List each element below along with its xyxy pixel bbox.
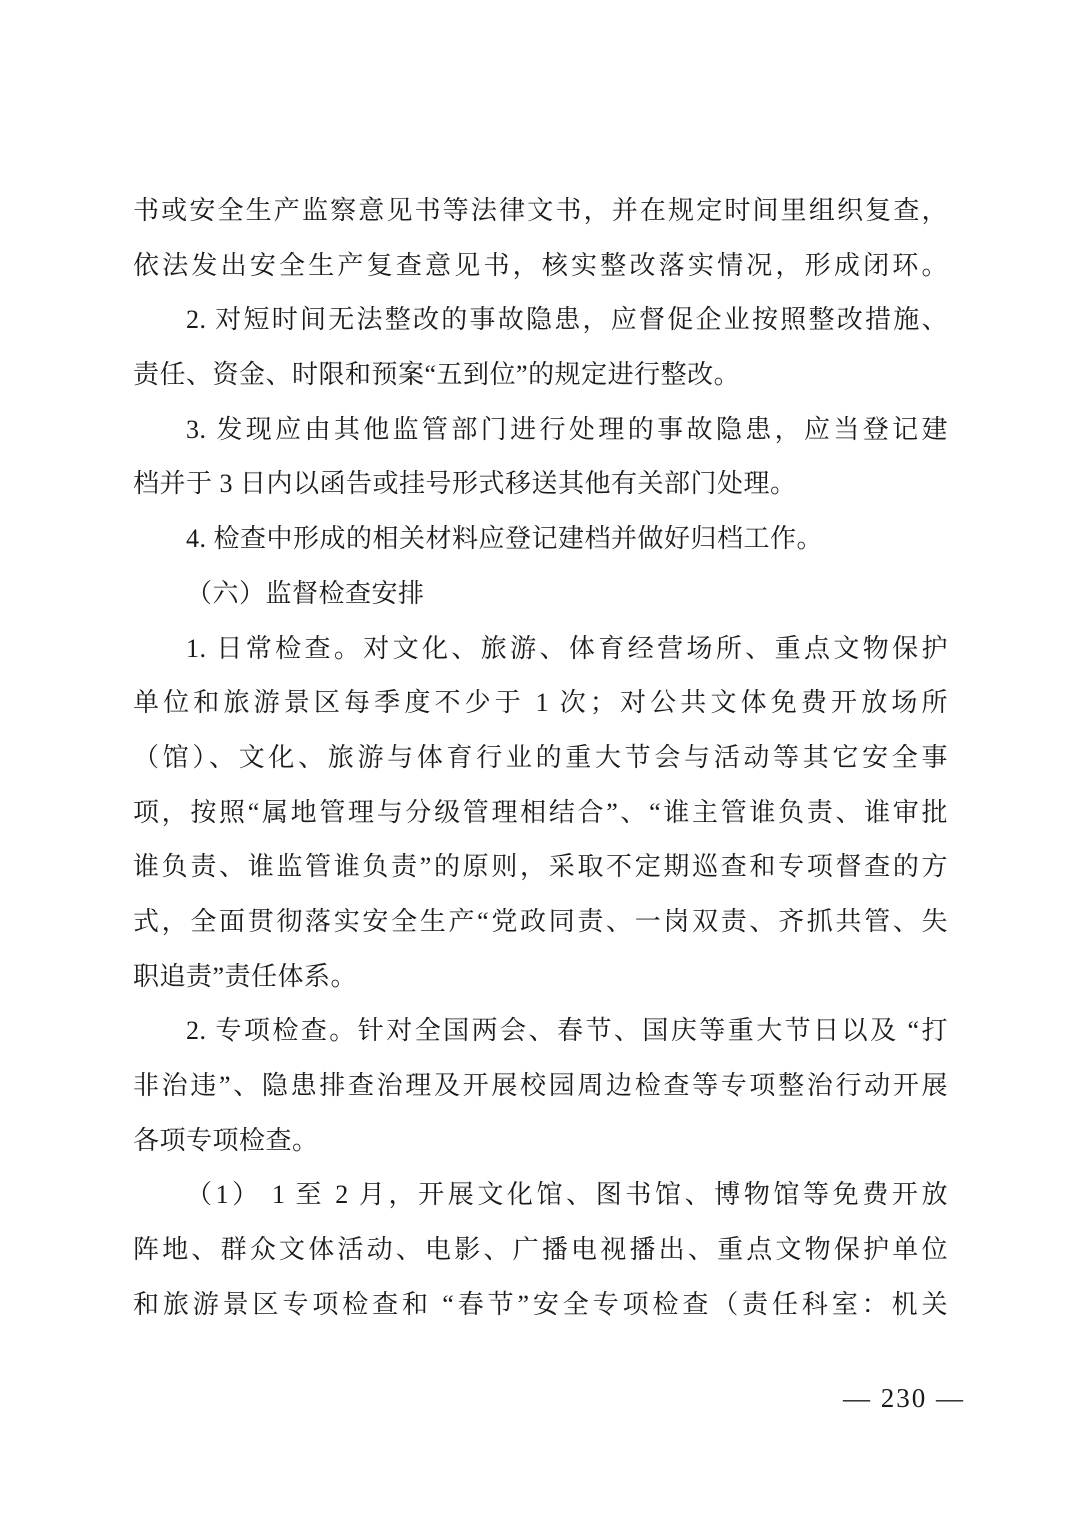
body-line: 阵地、群众文体活动、电影、广播电视播出、重点文物保护单位 <box>133 1223 948 1278</box>
body-line: 责任、资金、时限和预案“五到位”的规定进行整改。 <box>133 348 948 403</box>
body-line: 3. 发现应由其他监管部门进行处理的事故隐患，应当登记建 <box>133 403 948 458</box>
body-line: 1. 日常检查。对文化、旅游、体育经营场所、重点文物保护 <box>133 622 948 677</box>
body-line: 谁负责、谁监管谁负责”的原则，采取不定期巡查和专项督查的方 <box>133 840 948 895</box>
section-heading-line: （六）监督检查安排 <box>133 567 948 622</box>
body-line: 各项专项检查。 <box>133 1114 948 1169</box>
body-line: 项，按照“属地管理与分级管理相结合”、“谁主管谁负责、谁审批 <box>133 786 948 841</box>
body-line: 非治违”、隐患排查治理及开展校园周边检查等专项整治行动开展 <box>133 1059 948 1114</box>
body-line: 4. 检查中形成的相关材料应登记建档并做好归档工作。 <box>133 512 948 567</box>
body-line: （馆）、文化、旅游与体育行业的重大节会与活动等其它安全事 <box>133 731 948 786</box>
body-line: 和旅游景区专项检查和 “春节”安全专项检查（责任科室：机关 <box>133 1278 948 1333</box>
body-line: 档并于 3 日内以函告或挂号形式移送其他有关部门处理。 <box>133 457 948 512</box>
body-line: 职追责”责任体系。 <box>133 950 948 1005</box>
page-number: — 230 — <box>843 1381 965 1415</box>
body-line: 书或安全生产监察意见书等法律文书，并在规定时间里组织复查， <box>133 184 948 239</box>
document-body: 书或安全生产监察意见书等法律文书，并在规定时间里组织复查，依法发出安全生产复查意… <box>133 184 948 1332</box>
document-page: 书或安全生产监察意见书等法律文书，并在规定时间里组织复查，依法发出安全生产复查意… <box>0 0 1074 1520</box>
body-line: 2. 对短时间无法整改的事故隐患，应督促企业按照整改措施、 <box>133 293 948 348</box>
body-line: 式，全面贯彻落实安全生产“党政同责、一岗双责、齐抓共管、失 <box>133 895 948 950</box>
body-line: （1） 1 至 2 月，开展文化馆、图书馆、博物馆等免费开放 <box>133 1168 948 1223</box>
body-line: 单位和旅游景区每季度不少于 1 次；对公共文体免费开放场所 <box>133 676 948 731</box>
body-line: 依法发出安全生产复查意见书，核实整改落实情况，形成闭环。 <box>133 239 948 294</box>
body-line: 2. 专项检查。针对全国两会、春节、国庆等重大节日以及 “打 <box>133 1004 948 1059</box>
